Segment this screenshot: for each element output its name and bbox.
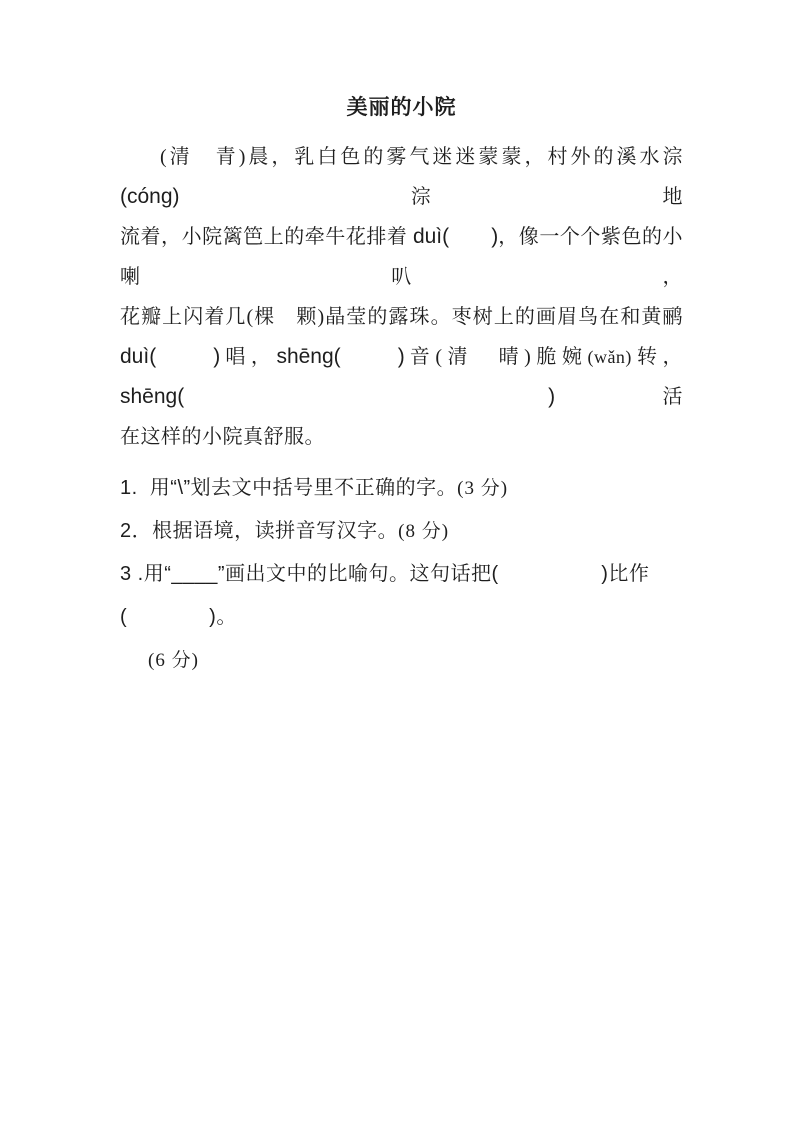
text-segment: 1. 用“\”划去文中括号里不正确的字。 [120,477,457,499]
text-segment: duì( ) [120,345,220,368]
worksheet-page: 美丽的小院 (清 青)晨，乳白色的雾气迷迷蒙蒙，村外的溪水淙(cóng)淙地流着… [0,0,793,1122]
text-segment: (清 青)晨，乳白色的雾气迷迷蒙蒙，村外的溪水淙 [160,146,683,168]
text-segment: 2．根据语境，读拼音写汉字。 [120,520,398,542]
text-segment: (3 分) [457,478,508,499]
question-3: 3 .用“____”画出文中的比喻句。这句话把( )比作( )。 [120,553,683,639]
text-segment: (cóng) [120,185,180,208]
text-segment: (wǎn) [587,347,631,367]
reading-passage: (清 青)晨，乳白色的雾气迷迷蒙蒙，村外的溪水淙(cóng)淙地流着，小院篱笆上… [120,137,683,457]
text-segment: 3 .用“____”画出文中的比喻句。这句话把( )比作( )。 [120,563,649,628]
passage-line: (清 青)晨，乳白色的雾气迷迷蒙蒙，村外的溪水淙(cóng)淙地 [120,137,683,217]
text-segment: 流着，小院篱笆上的牵牛花排着 [120,226,413,248]
passage-line: 流着，小院篱笆上的牵牛花排着 duì( )，像一个个紫色的小喇叭， [120,217,683,297]
question-1: 1. 用“\”划去文中括号里不正确的字。(3 分) [120,467,683,510]
text-segment: (8 分) [398,521,449,542]
text-segment: (6 分) [148,650,199,671]
text-segment: 转， [632,346,683,368]
text-segment: 花瓣上闪着几(棵 颗)晶莹的露珠。枣树上的画眉鸟在和黄鹂 [120,306,683,328]
page-title: 美丽的小院 [120,95,683,121]
text-segment: 在这样的小院真舒服。 [120,426,325,448]
questions-list: 1. 用“\”划去文中括号里不正确的字。(3 分)2．根据语境，读拼音写汉字。(… [120,467,683,682]
text-segment: 唱， [220,346,276,368]
text-segment: 音(清 晴)脆婉 [405,346,588,368]
text-segment: duì( ) [413,225,498,248]
text-segment: shēng( ) [276,345,404,368]
question-2: 2．根据语境，读拼音写汉字。(8 分) [120,510,683,553]
passage-line: duì( )唱，shēng( )音(清 晴)脆婉(wǎn)转，shēng( )活 [120,337,683,417]
text-segment: shēng( ) [120,385,555,408]
passage-line: 花瓣上闪着几(棵 颗)晶莹的露珠。枣树上的画眉鸟在和黄鹂 [120,297,683,337]
text-segment: 淙地 [180,186,683,208]
passage-line: 在这样的小院真舒服。 [120,417,683,457]
text-segment: 活 [555,386,683,408]
question-3-score: (6 分) [120,639,683,682]
